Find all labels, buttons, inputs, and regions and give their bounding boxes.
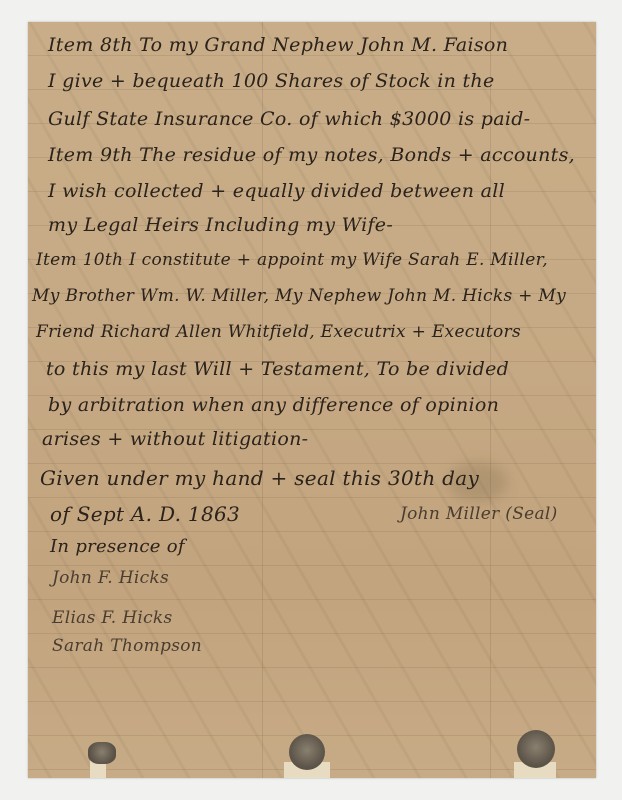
text-line: Given under my hand + seal this 30th day	[40, 466, 479, 490]
document-page: Item 8th To my Grand Nephew John M. Fais…	[28, 22, 596, 778]
text-line: Item 9th The residue of my notes, Bonds …	[48, 144, 575, 166]
binding-hole	[517, 730, 555, 768]
text-line: My Brother Wm. W. Miller, My Nephew John…	[32, 286, 566, 306]
text-line: I wish collected + equally divided betwe…	[48, 180, 505, 202]
witness-heading: In presence of	[50, 536, 185, 557]
witness-signature: Sarah Thompson	[52, 636, 202, 656]
text-line: by arbitration when any difference of op…	[48, 394, 499, 416]
text-line: my Legal Heirs Including my Wife-	[48, 214, 393, 236]
text-line: Gulf State Insurance Co. of which $3000 …	[48, 108, 530, 130]
text-line: arises + without litigation-	[42, 428, 308, 450]
text-line: I give + bequeath 100 Shares of Stock in…	[48, 70, 495, 92]
binding-hole	[88, 742, 116, 764]
text-line: Item 10th I constitute + appoint my Wife…	[36, 250, 548, 270]
witness-signature: John F. Hicks	[52, 568, 169, 588]
text-line: to this my last Will + Testament, To be …	[46, 358, 509, 380]
witness-signature: Elias F. Hicks	[52, 608, 173, 628]
signature: John Miller (Seal)	[400, 504, 558, 524]
binding-hole	[289, 734, 325, 770]
text-line: of Sept A. D. 1863	[50, 502, 240, 526]
text-line: Friend Richard Allen Whitfield, Executri…	[36, 322, 521, 342]
text-line: Item 8th To my Grand Nephew John M. Fais…	[48, 34, 508, 56]
